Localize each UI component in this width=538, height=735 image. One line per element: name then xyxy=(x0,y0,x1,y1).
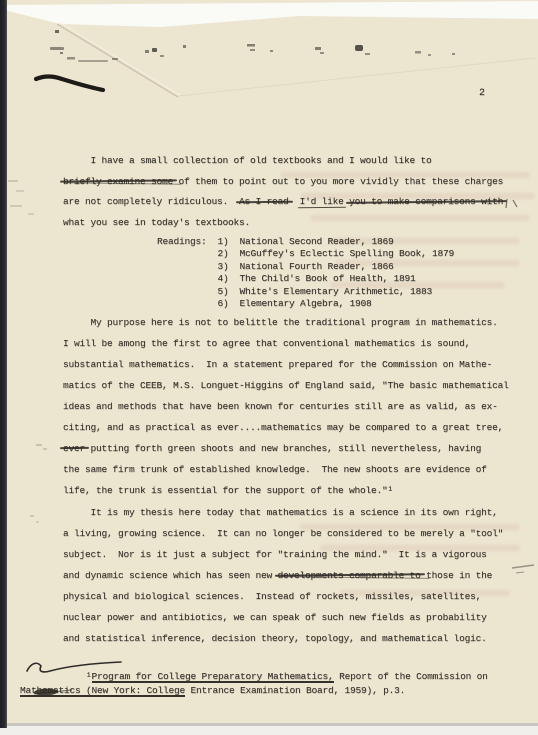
margin-dash xyxy=(512,565,534,573)
paragraph-thesis: It is my thesis here today that mathemat… xyxy=(63,502,503,649)
scanned-typewritten-page: 2 I have a small collection of old textb… xyxy=(0,0,538,735)
pen-tick-marks xyxy=(506,199,517,208)
pencil-marks xyxy=(8,180,47,523)
fold-crease-highlight xyxy=(59,22,180,95)
paragraph-intro: I have a small collection of old textboo… xyxy=(63,151,503,233)
scanner-edge-strip xyxy=(0,0,7,728)
scanner-bottom-band xyxy=(0,723,538,735)
page-number: 2 xyxy=(479,88,485,99)
ink-smudges xyxy=(50,30,455,62)
readings-list: Readings: 1) National Second Reader, 186… xyxy=(157,236,454,310)
fold-crease-line xyxy=(57,24,178,97)
paragraph-purpose: My purpose here is not to belittle the t… xyxy=(63,312,509,501)
footnote-citation: ¹Program for College Preparatory Mathema… xyxy=(20,670,488,698)
scan-background-gap xyxy=(0,1,538,27)
ink-pen-stroke xyxy=(36,77,103,91)
